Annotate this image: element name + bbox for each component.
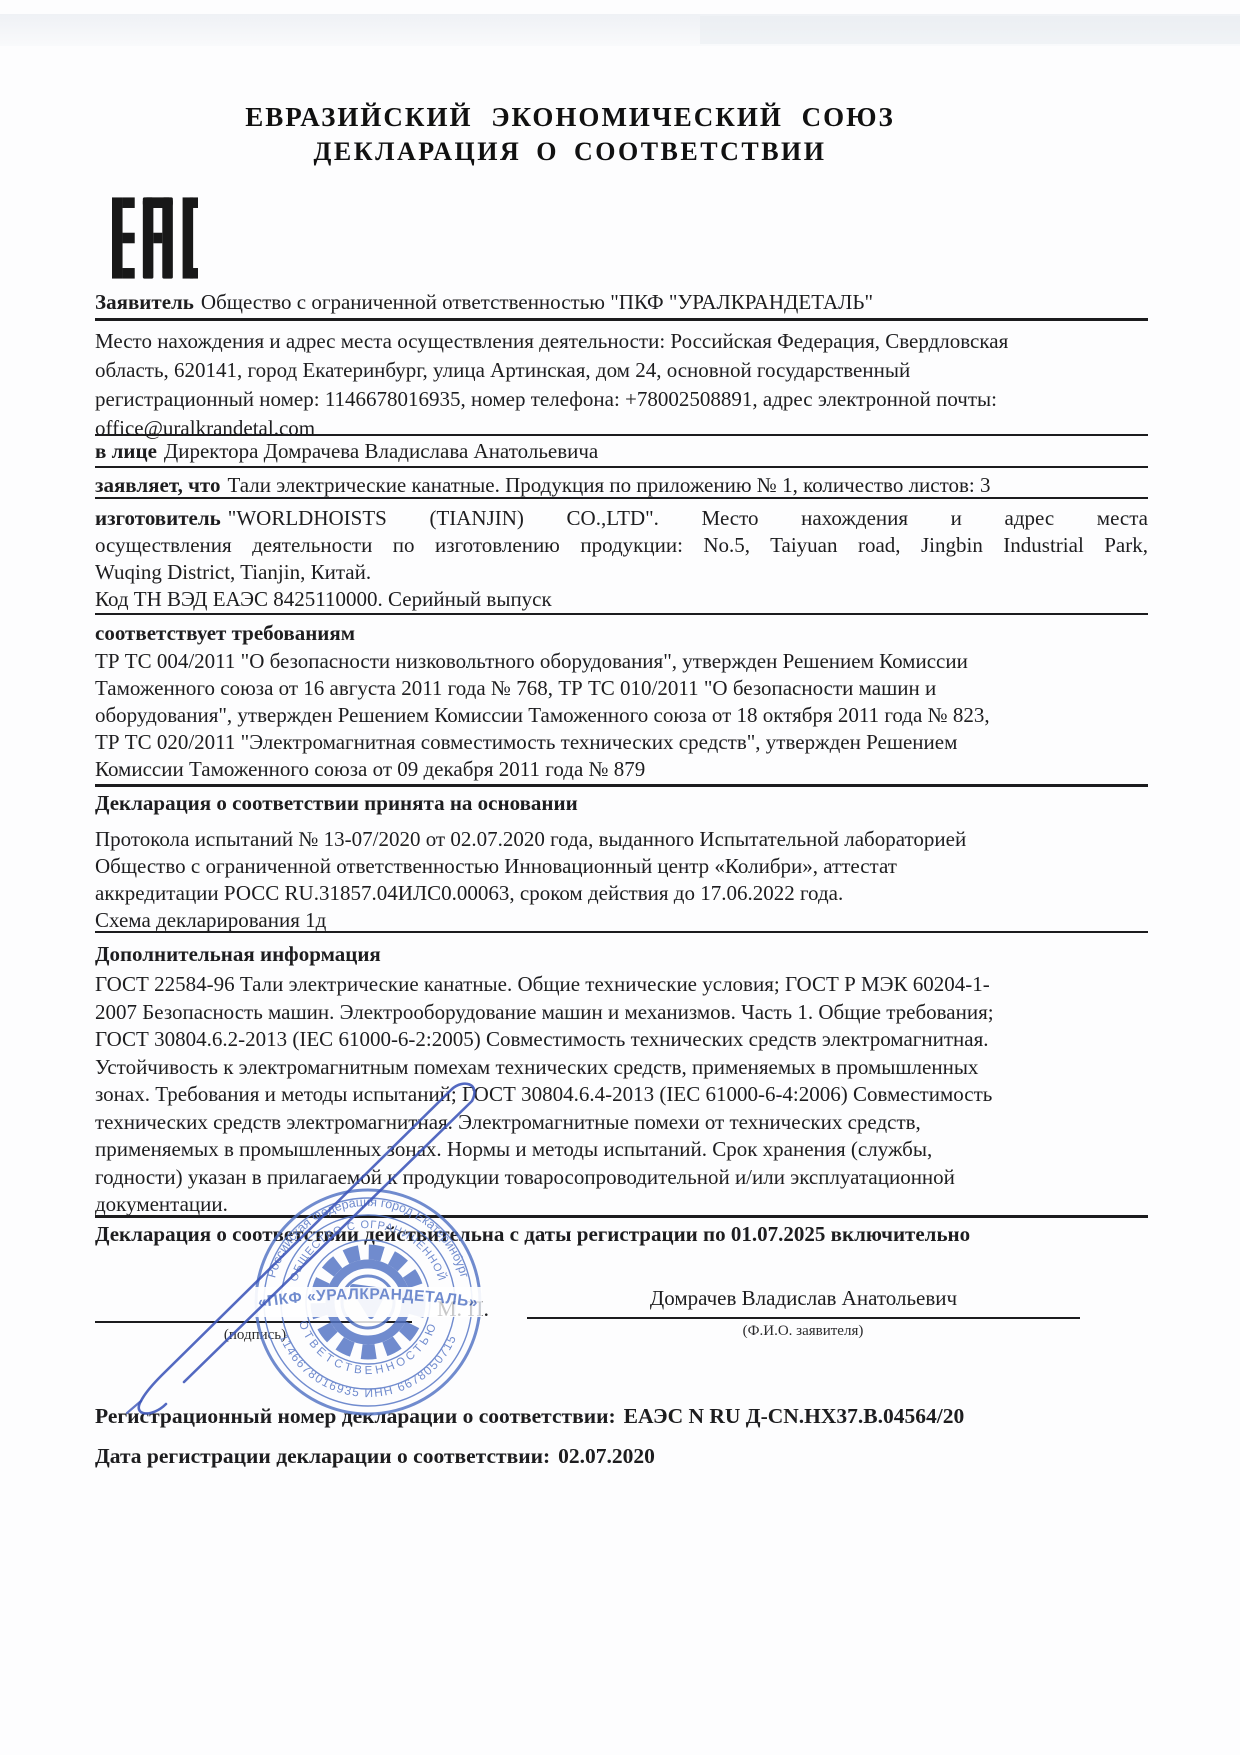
requirement-line: Комиссии Таможенного союза от 09 декабря… (95, 756, 1148, 783)
additional-info-block: ГОСТ 22584-96 Тали электрические канатны… (95, 971, 1148, 1219)
additional-info-heading: Дополнительная информация (95, 941, 1148, 968)
manufacturer-line: изготовитель"WORLDHOISTS (TIANJIN) CO.,L… (95, 505, 1148, 532)
name-caption: (Ф.И.О. заявителя) (603, 1323, 1003, 1340)
additional-info-line: зонах. Требования и методы испытаний; ГО… (95, 1081, 1148, 1109)
location-line: Место нахождения и адрес места осуществл… (95, 327, 1148, 356)
requirement-line: ТР ТС 020/2011 "Электромагнитная совмест… (95, 729, 1148, 756)
applicant-label: Заявитель (95, 290, 194, 314)
manufacturer-label: изготовитель (95, 506, 221, 530)
registration-number-row: Регистрационный номер декларации о соотв… (95, 1404, 964, 1429)
tn-ved-code-line: Код ТН ВЭД ЕАЭС 8425110000. Серийный вып… (95, 586, 1148, 613)
declaration-scheme-line: Схема декларирования 1д (95, 907, 1148, 934)
title-line-2: ДЕКЛАРАЦИЯ О СООТВЕТСТВИИ (0, 137, 1140, 167)
declares-label: заявляет, что (95, 473, 220, 497)
declares-value: Тали электрические канатные. Продукция п… (227, 473, 990, 497)
manufacturer-line: Wuqing District, Tianjin, Китай. (95, 559, 1148, 586)
applicant-row: ЗаявительОбщество с ограниченной ответст… (95, 289, 1148, 316)
additional-info-line: Устойчивость к электромагнитным помехам … (95, 1054, 1148, 1082)
additional-info-line: ГОСТ 30804.6.2-2013 (IEC 61000-6-2:2005)… (95, 1026, 1148, 1054)
location-block: Место нахождения и адрес места осуществл… (95, 327, 1148, 443)
applicant-name: Домрачев Владислав Анатольевич (527, 1285, 1080, 1312)
signature-caption: (подпись) (155, 1327, 355, 1344)
requirements-block: ТР ТС 004/2011 "О безопасности низковоль… (95, 648, 1148, 783)
title-line-1: ЕВРАЗИЙСКИЙ ЭКОНОМИЧЕСКИЙ СОЮЗ (0, 102, 1140, 133)
location-line: регистрационный номер: 1146678016935, но… (95, 385, 1148, 414)
registration-date-label: Дата регистрации декларации о соответств… (95, 1444, 550, 1468)
additional-info-line: годности) указан в прилагаемой к продукц… (95, 1164, 1148, 1192)
requirements-heading: соответствует требованиям (95, 620, 1148, 647)
applicant-value: Общество с ограниченной ответственностью… (201, 290, 873, 314)
basis-line: аккредитации РОСС RU.31857.04ИЛС0.00063,… (95, 880, 1148, 907)
requirement-line: Таможенного союза от 16 августа 2011 год… (95, 675, 1148, 702)
separator-rule (95, 318, 1148, 321)
eac-mark-icon (112, 192, 198, 284)
separator-rule (95, 497, 1148, 499)
basis-line: Общество с ограниченной ответственностью… (95, 853, 1148, 880)
registration-number-label: Регистрационный номер декларации о соотв… (95, 1404, 616, 1428)
manufacturer-line: осуществления деятельности по изготовлен… (95, 532, 1148, 559)
person-value: Директора Домрачева Владислава Анатольев… (164, 439, 598, 463)
basis-heading: Декларация о соответствии принята на осн… (95, 790, 1148, 817)
registration-date-row: Дата регистрации декларации о соответств… (95, 1444, 655, 1469)
location-line: область, 620141, город Екатеринбург, ули… (95, 356, 1148, 385)
separator-rule (95, 1215, 1148, 1218)
person-row: в лицеДиректора Домрачева Владислава Ана… (95, 438, 1148, 465)
document-page: ЕВРАЗИЙСКИЙ ЭКОНОМИЧЕСКИЙ СОЮЗ ДЕКЛАРАЦИ… (0, 0, 1240, 1755)
basis-block: Протокола испытаний № 13-07/2020 от 02.0… (95, 826, 1148, 934)
separator-rule (95, 931, 1148, 933)
separator-rule (95, 466, 1148, 468)
basis-line: Протокола испытаний № 13-07/2020 от 02.0… (95, 826, 1148, 853)
registration-date-value: 02.07.2020 (558, 1444, 655, 1468)
requirement-line: оборудования", утвержден Решением Комисс… (95, 702, 1148, 729)
additional-info-line: 2007 Безопасность машин. Электрооборудов… (95, 999, 1148, 1027)
declares-row: заявляет, чтоТали электрические канатные… (95, 472, 1148, 499)
requirement-line: ТР ТС 004/2011 "О безопасности низковоль… (95, 648, 1148, 675)
manufacturer-block: изготовитель"WORLDHOISTS (TIANJIN) CO.,L… (95, 505, 1148, 613)
manufacturer-value: "WORLDHOISTS (TIANJIN) CO.,LTD". Место н… (228, 506, 1148, 530)
scan-artifact-band-right (700, 16, 1240, 44)
person-label: в лице (95, 439, 157, 463)
separator-rule (95, 434, 1148, 436)
additional-info-line: технических средств электромагнитная. Эл… (95, 1109, 1148, 1137)
additional-info-line: применяемых в промышленных зонах. Нормы … (95, 1136, 1148, 1164)
registration-number-value: ЕАЭС N RU Д-CN.HX37.B.04564/20 (624, 1404, 965, 1428)
validity-line: Декларация о соответствии действительна … (95, 1221, 1148, 1248)
mp-mark: М. П. (437, 1296, 489, 1322)
separator-rule (95, 784, 1148, 787)
additional-info-line: ГОСТ 22584-96 Тали электрические канатны… (95, 971, 1148, 999)
signature-line (95, 1321, 412, 1323)
name-line (527, 1317, 1080, 1319)
separator-rule (95, 613, 1148, 615)
